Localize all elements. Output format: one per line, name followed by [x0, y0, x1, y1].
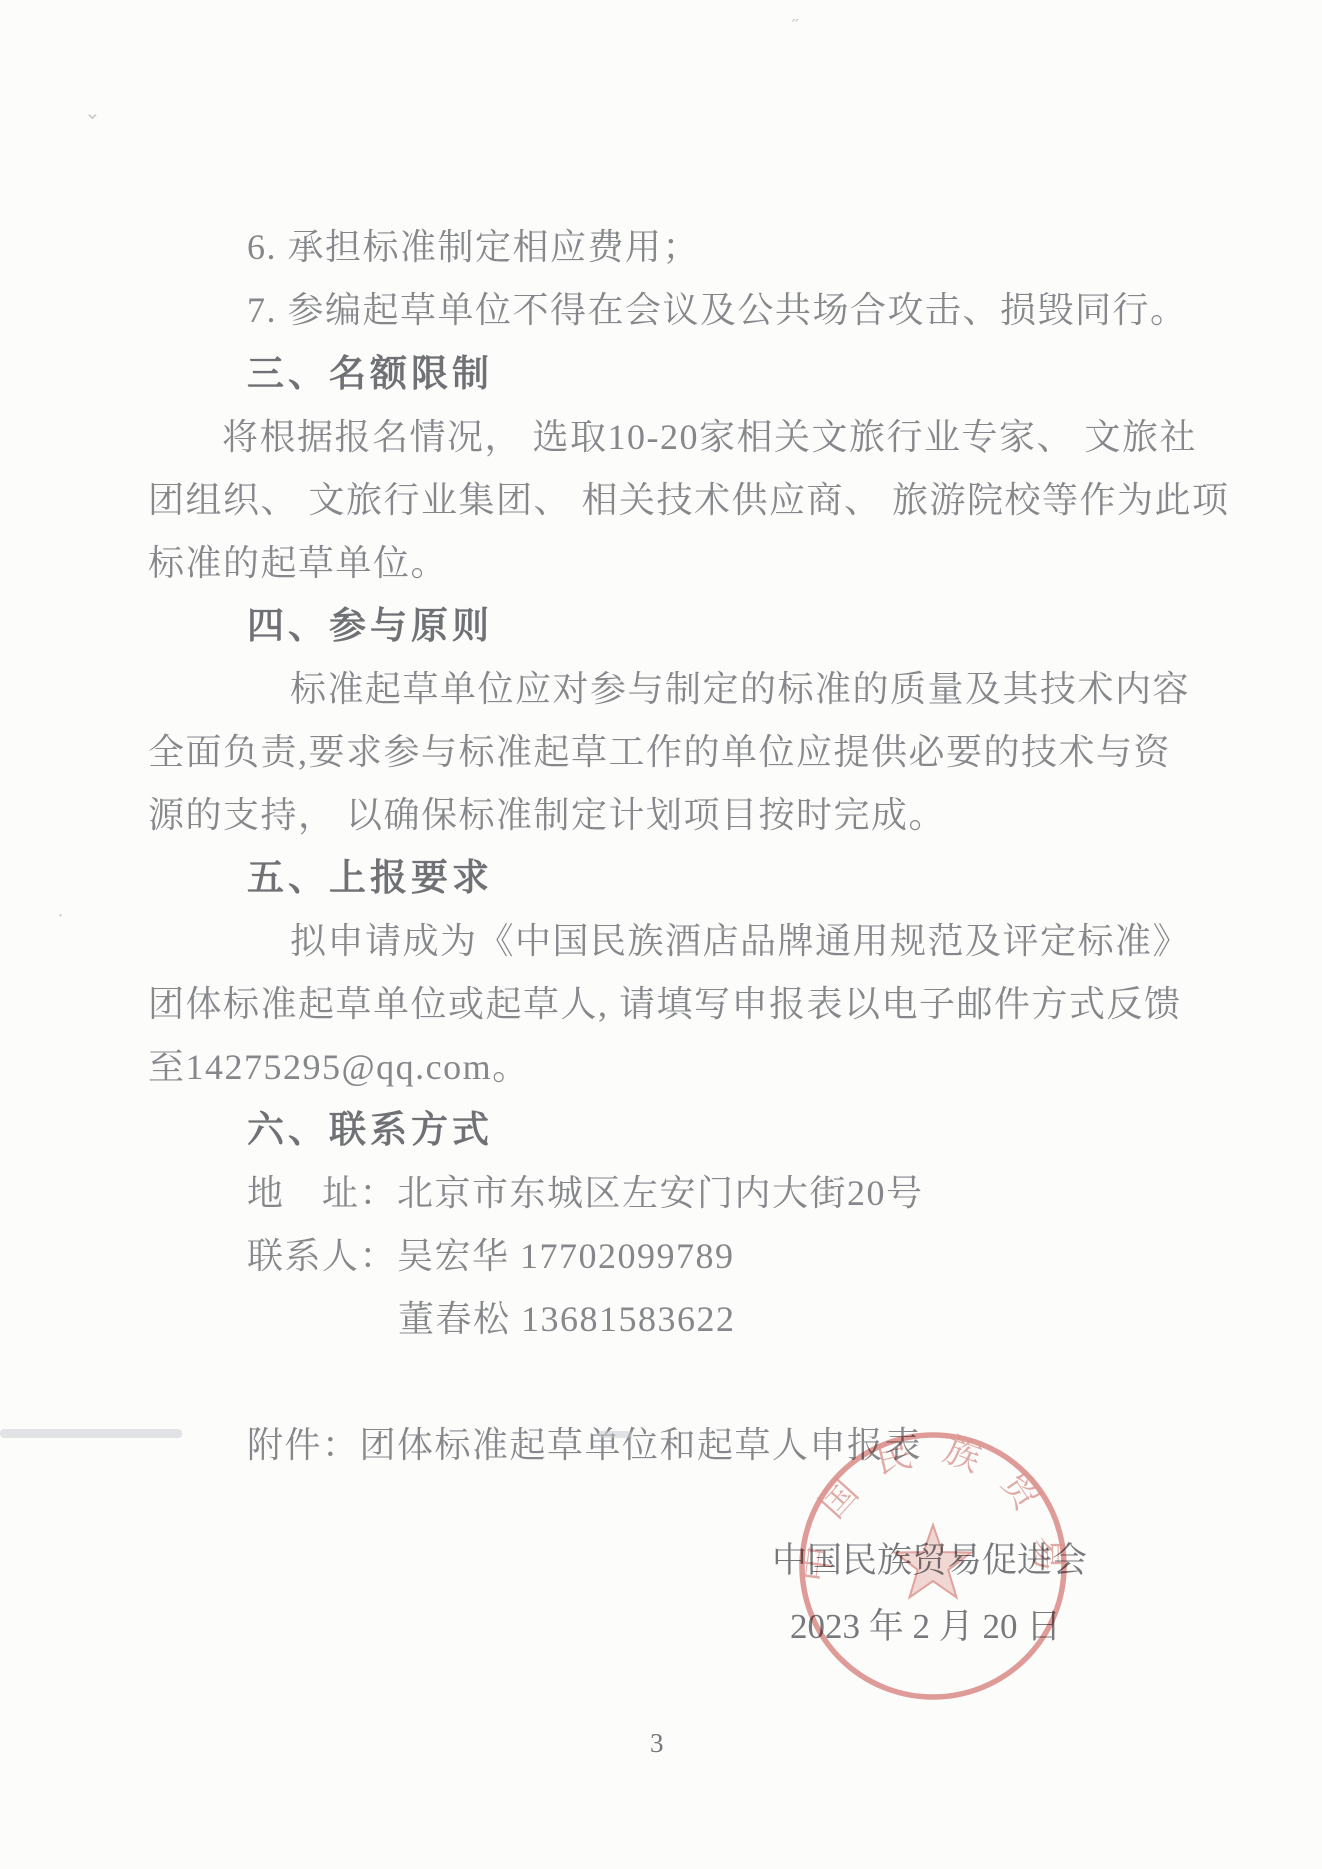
scan-artifact: ⌄ — [84, 100, 101, 125]
page-number: 3 — [650, 1728, 664, 1759]
section-heading-reporting: 五、上报要求 — [247, 856, 493, 900]
paragraph-line: 标准的起草单位。 — [148, 542, 448, 585]
paragraph-line: 源的支持， 以确保标准制定计划项目按时完成。 — [148, 794, 946, 837]
contact-person-line: 董春松 13681583622 — [398, 1298, 736, 1341]
section-heading-principles: 四、参与原则 — [247, 604, 493, 648]
scanned-document-page: 6. 承担标准制定相应费用； 7. 参编起草单位不得在会议及公共场合攻击、损毁同… — [0, 0, 1322, 1869]
paragraph-line: 将根据报名情况， 选取10-20家相关文旅行业专家、 文旅社 — [222, 416, 1197, 459]
section-heading-contact: 六、联系方式 — [247, 1108, 493, 1152]
section-heading-quota: 三、名额限制 — [247, 352, 493, 396]
scan-artifact — [0, 1429, 182, 1438]
list-item-7: 7. 参编起草单位不得在会议及公共场合攻击、损毁同行。 — [247, 289, 1188, 332]
official-seal: 中国民族贸易促进会 — [760, 1390, 1120, 1730]
paragraph-line: 拟申请成为《中国民族酒店品牌通用规范及评定标准》 — [290, 920, 1190, 963]
scan-artifact: · — [54, 905, 64, 928]
address-line: 地 址：北京市东城区左安门内大街20号 — [247, 1172, 924, 1215]
paragraph-line: 团组织、 文旅行业集团、 相关技术供应商、 旅游院校等作为此项 — [148, 479, 1230, 522]
contact-person-line: 联系人：吴宏华 17702099789 — [247, 1235, 735, 1278]
paragraph-line: 全面负责,要求参与标准起草工作的单位应提供必要的技术与资 — [148, 731, 1171, 774]
scan-artifact: ˝ — [792, 16, 799, 39]
paragraph-line: 标准起草单位应对参与制定的标准的质量及其技术内容 — [290, 668, 1190, 711]
email-line: 至14275295@qq.com。 — [148, 1046, 530, 1089]
paragraph-line: 团体标准起草单位或起草人, 请填写申报表以电子邮件方式反馈 — [148, 983, 1182, 1026]
star-icon — [895, 1525, 971, 1597]
list-item-6: 6. 承担标准制定相应费用； — [247, 226, 700, 269]
